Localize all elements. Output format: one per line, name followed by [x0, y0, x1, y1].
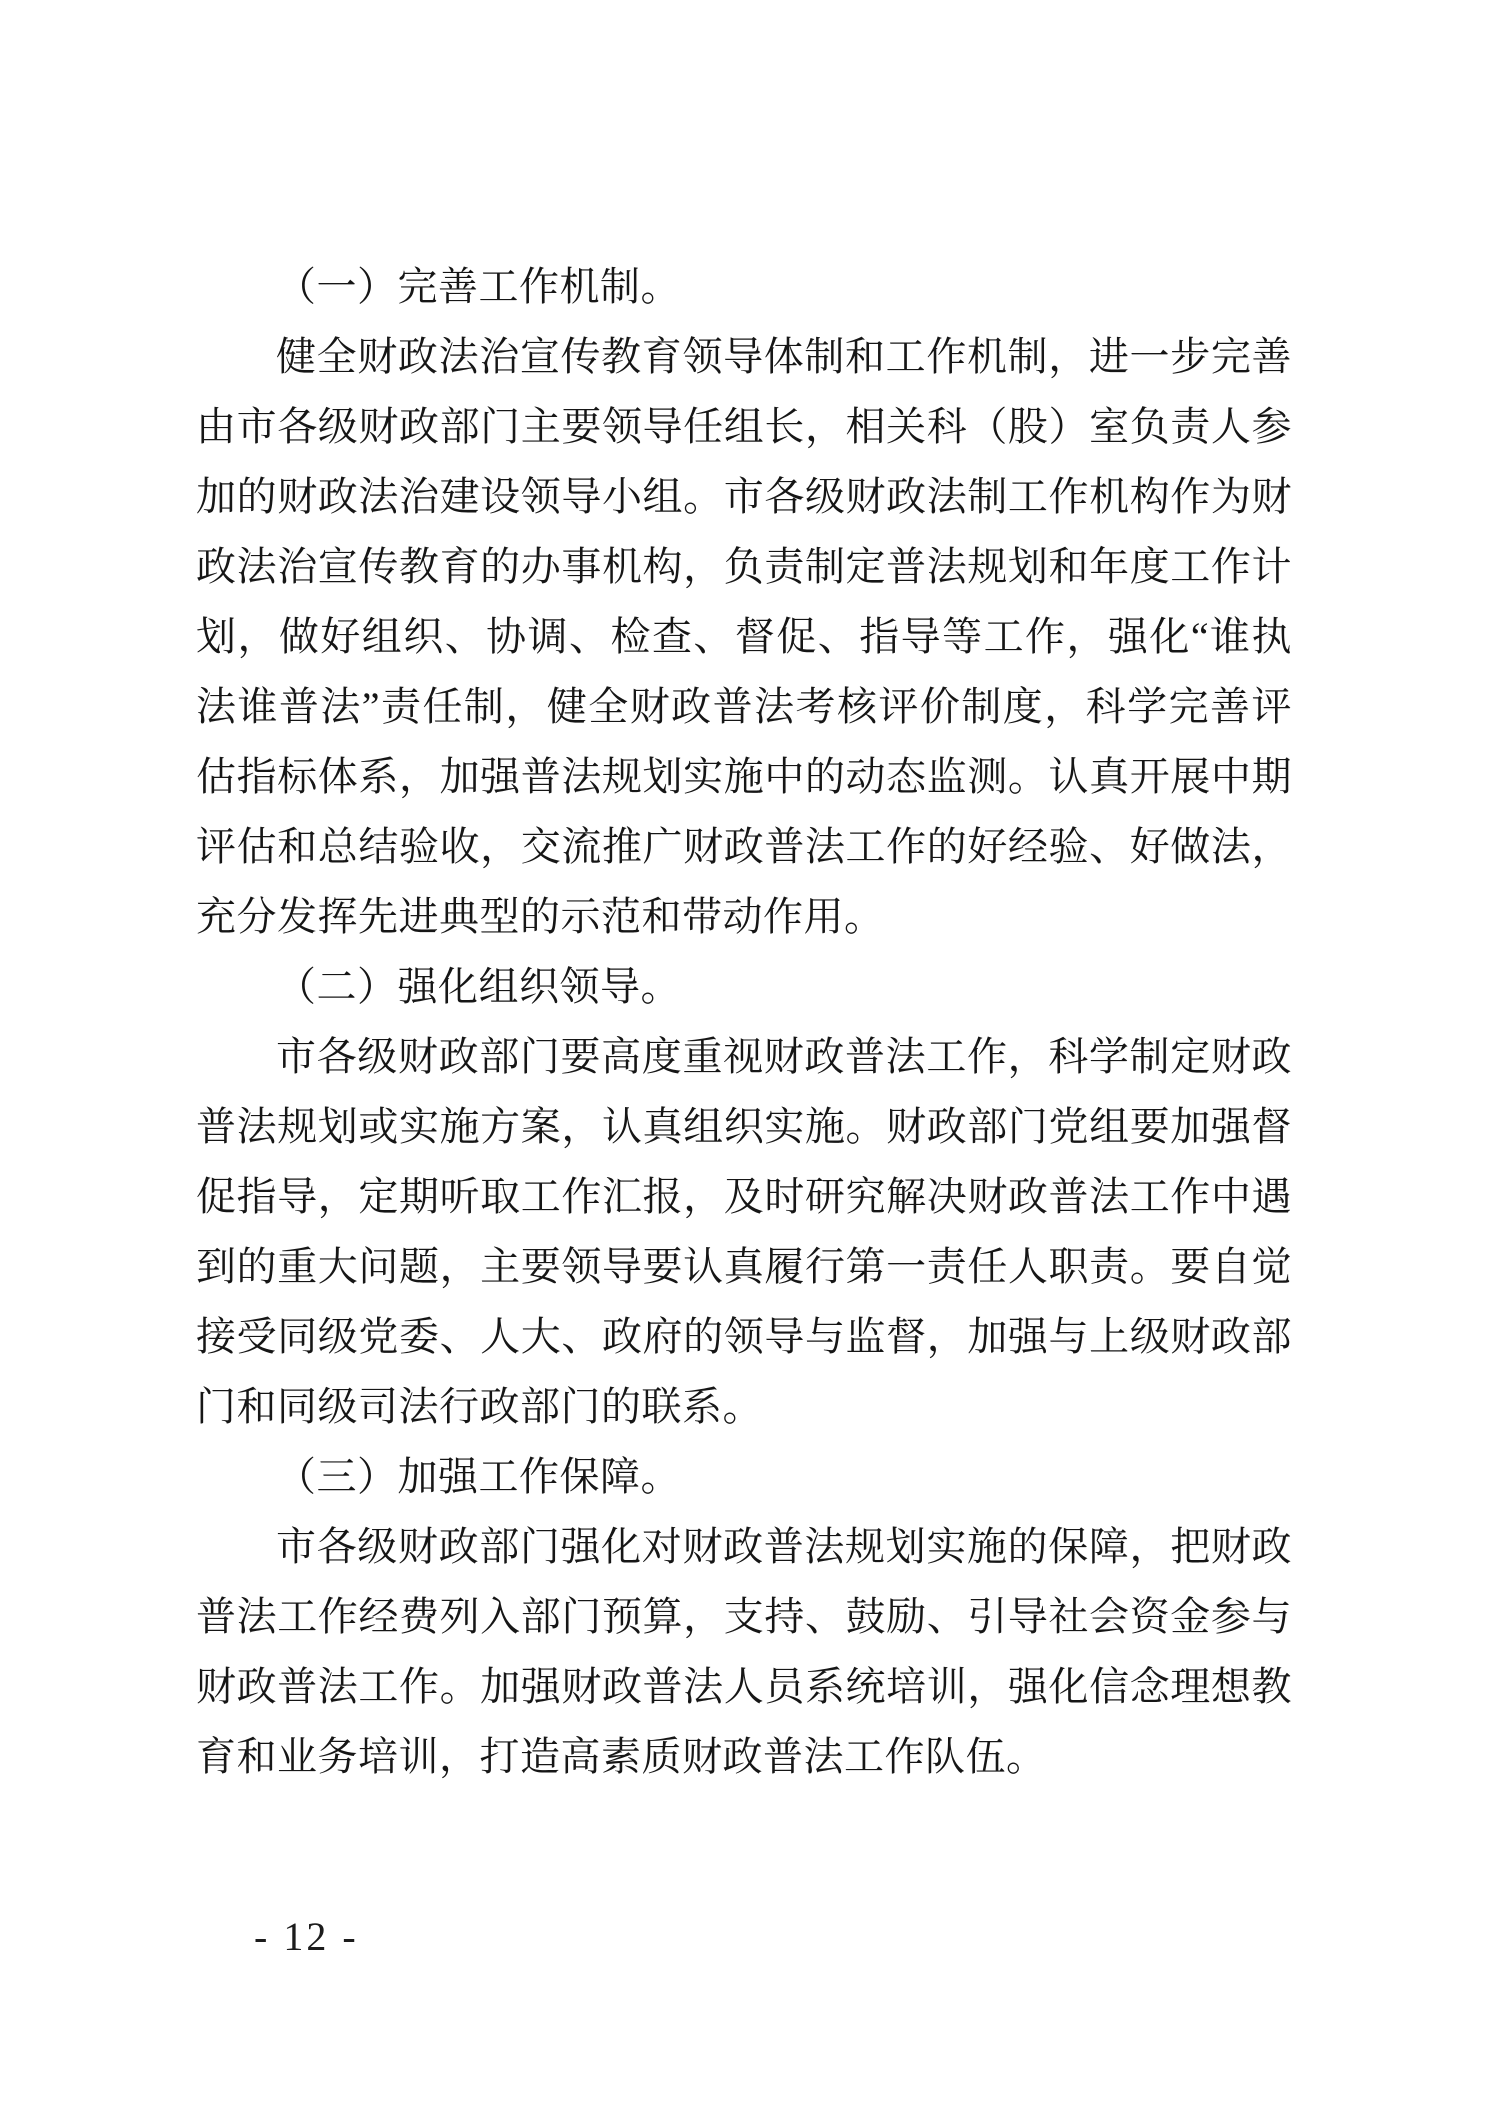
- body-line: 加的财政法治建设领导小组。市各级财政法制工作机构作为财: [196, 462, 1292, 532]
- body-line: 市各级财政部门强化对财政普法规划实施的保障，把财政: [196, 1512, 1292, 1582]
- body-line: 促指导，定期听取工作汇报，及时研究解决财政普法工作中遇: [196, 1162, 1292, 1232]
- body-line: 估指标体系，加强普法规划实施中的动态监测。认真开展中期: [196, 742, 1292, 812]
- text-block: （一）完善工作机制。 健全财政法治宣传教育领导体制和工作机制，进一步完善 由市各…: [196, 252, 1292, 1792]
- document-page: （一）完善工作机制。 健全财政法治宣传教育领导体制和工作机制，进一步完善 由市各…: [0, 0, 1488, 2104]
- body-line: 普法工作经费列入部门预算，支持、鼓励、引导社会资金参与: [196, 1582, 1292, 1652]
- body-line: 划，做好组织、协调、检查、督促、指导等工作，强化“谁执: [196, 602, 1292, 672]
- body-line: 法谁普法”责任制，健全财政普法考核评价制度，科学完善评: [196, 672, 1292, 742]
- body-line: 评估和总结验收，交流推广财政普法工作的好经验、好做法，: [196, 812, 1292, 882]
- body-line: 接受同级党委、人大、政府的领导与监督，加强与上级财政部: [196, 1302, 1292, 1372]
- body-line: 财政普法工作。加强财政普法人员系统培训，强化信念理想教: [196, 1652, 1292, 1722]
- body-line: 健全财政法治宣传教育领导体制和工作机制，进一步完善: [196, 322, 1292, 392]
- section-2-heading: （二）强化组织领导。: [196, 952, 1292, 1022]
- body-line: 市各级财政部门要高度重视财政普法工作，科学制定财政: [196, 1022, 1292, 1092]
- section-1-heading: （一）完善工作机制。: [196, 252, 1292, 322]
- body-line: 政法治宣传教育的办事机构，负责制定普法规划和年度工作计: [196, 532, 1292, 602]
- body-line: 到的重大问题，主要领导要认真履行第一责任人职责。要自觉: [196, 1232, 1292, 1302]
- body-line: 充分发挥先进典型的示范和带动作用。: [196, 882, 1292, 952]
- section-3-heading: （三）加强工作保障。: [196, 1442, 1292, 1512]
- body-line: 育和业务培训，打造高素质财政普法工作队伍。: [196, 1722, 1292, 1792]
- body-line: 门和同级司法行政部门的联系。: [196, 1372, 1292, 1442]
- body-line: 由市各级财政部门主要领导任组长，相关科（股）室负责人参: [196, 392, 1292, 462]
- page-number: - 12 -: [254, 1902, 359, 1972]
- body-line: 普法规划或实施方案，认真组织实施。财政部门党组要加强督: [196, 1092, 1292, 1162]
